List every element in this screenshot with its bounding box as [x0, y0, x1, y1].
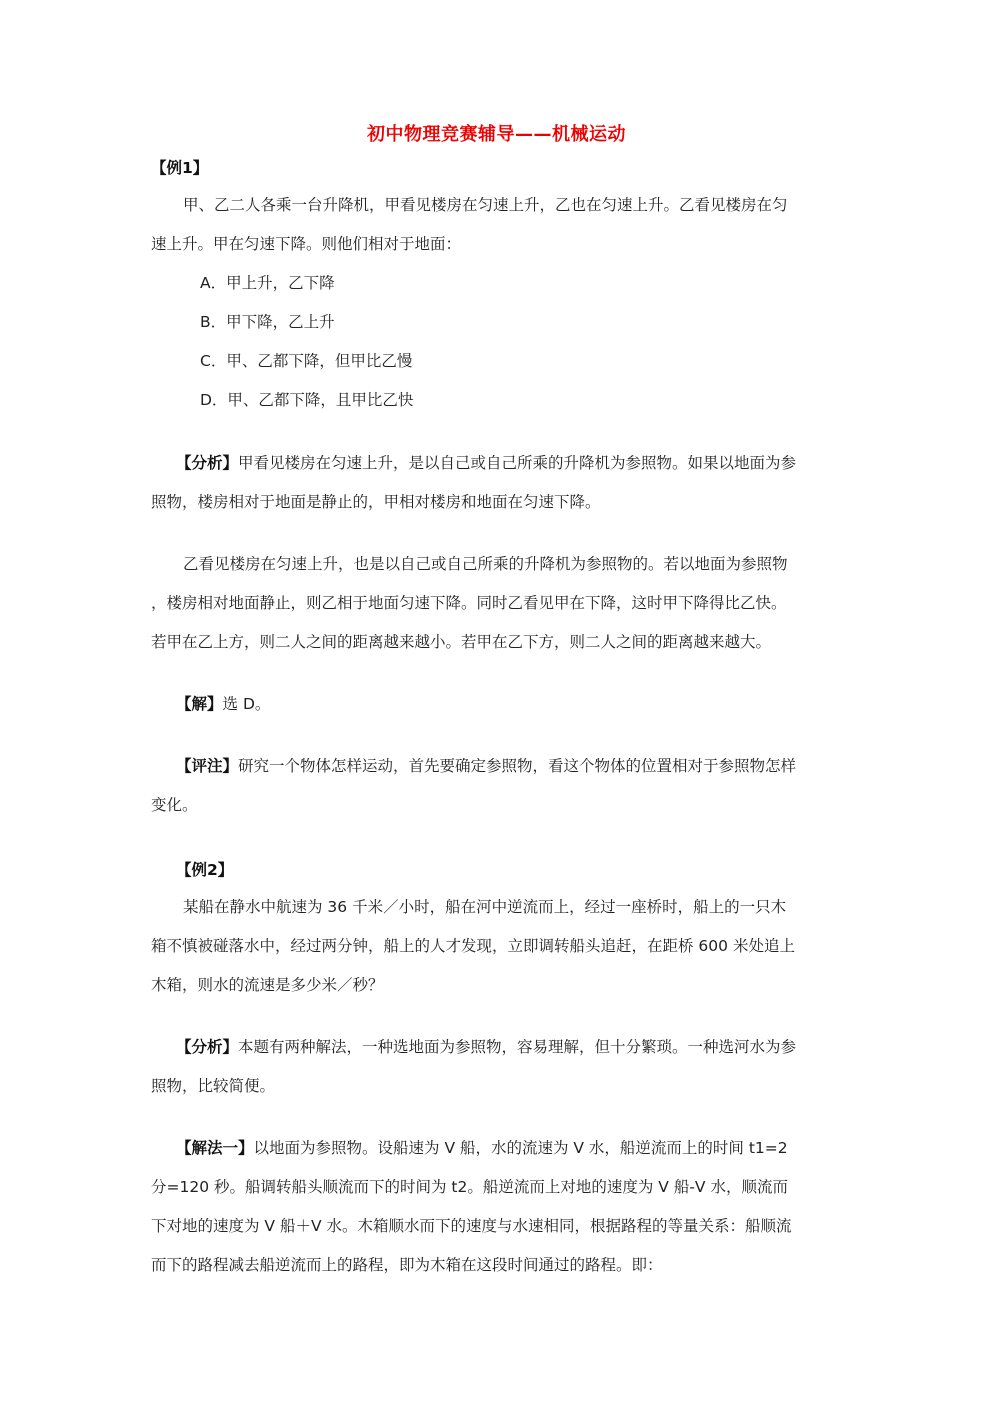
example-1-option-a: A．甲上升，乙下降 — [200, 273, 900, 293]
example-2-question-line-1: 某船在静水中航速为 36 千米／小时，船在河中逆流而上，经过一座桥时，船上的一只… — [183, 897, 883, 917]
example-1-question-line-1: 甲、乙二人各乘一台升降机，甲看见楼房在匀速上升，乙也在匀速上升。乙看见楼房在匀 — [183, 195, 883, 215]
solution-label: 【解】 — [176, 695, 223, 713]
example-1-analysis2-line-3: 若甲在乙上方，则二人之间的距离越来越小。若甲在乙下方，则二人之间的距离越来越大。 — [151, 632, 851, 652]
example-1-analysis2-line-2: ，楼房相对地面静止，则乙相于地面匀速下降。同时乙看见甲在下降，这时甲下降得比乙快… — [151, 593, 851, 613]
example-2-method1-line-2: 分=120 秒。船调转船头顺流而下的时间为 t2。船逆流而上对地的速度为 V 船… — [151, 1177, 851, 1197]
example-1-comment-line-1: 【评注】研究一个物体怎样运动，首先要确定参照物，看这个物体的位置相对于参照物怎样 — [176, 756, 876, 776]
example-2-method1-line-1: 【解法一】以地面为参照物。设船速为 V 船，水的流速为 V 水，船逆流而上的时间… — [176, 1138, 876, 1158]
example-1-analysis-line-2: 照物，楼房相对于地面是静止的，甲相对楼房和地面在匀速下降。 — [151, 492, 851, 512]
document-page: 初中物理竞赛辅导——机械运动 【例1】 甲、乙二人各乘一台升降机，甲看见楼房在匀… — [0, 0, 993, 1404]
method1-label: 【解法一】 — [176, 1139, 254, 1157]
example-1-heading: 【例1】 — [151, 156, 208, 178]
example-2-analysis-line-2: 照物，比较简便。 — [151, 1076, 851, 1096]
comment-text: 研究一个物体怎样运动，首先要确定参照物，看这个物体的位置相对于参照物怎样 — [238, 757, 796, 775]
example-1-analysis2-line-1: 乙看见楼房在匀速上升，也是以自己或自己所乘的升降机为参照物的。若以地面为参照物 — [183, 554, 883, 574]
example-1-option-c: C．甲、乙都下降，但甲比乙慢 — [200, 351, 900, 371]
example-1-solution: 【解】选 D。 — [176, 694, 876, 714]
example-2-method1-line-3: 下对地的速度为 V 船＋V 水。木箱顺水而下的速度与水速相同，根据路程的等量关系… — [151, 1216, 851, 1236]
example-2-question-line-3: 木箱，则水的流速是多少米／秒？ — [151, 975, 851, 995]
example-1-question-line-2: 速上升。甲在匀速下降。则他们相对于地面： — [151, 234, 851, 254]
analysis-text: 本题有两种解法，一种选地面为参照物，容易理解，但十分繁琐。一种选河水为参 — [238, 1038, 796, 1056]
example-1-option-b: B．甲下降，乙上升 — [200, 312, 900, 332]
comment-label: 【评注】 — [176, 757, 238, 775]
example-1-option-d: D．甲、乙都下降，且甲比乙快 — [200, 390, 900, 410]
analysis-label: 【分析】 — [176, 1038, 238, 1056]
example-2-question-line-2: 箱不慎被碰落水中，经过两分钟，船上的人才发现，立即调转船头追赶，在距桥 600 … — [151, 936, 851, 956]
document-title: 初中物理竞赛辅导——机械运动 — [0, 120, 993, 146]
example-1-analysis-line-1: 【分析】甲看见楼房在匀速上升，是以自己或自己所乘的升降机为参照物。如果以地面为参 — [176, 453, 876, 473]
analysis-label: 【分析】 — [176, 454, 238, 472]
example-1-comment-line-2: 变化。 — [151, 795, 851, 815]
example-2-analysis-line-1: 【分析】本题有两种解法，一种选地面为参照物，容易理解，但十分繁琐。一种选河水为参 — [176, 1037, 876, 1057]
solution-text: 选 D。 — [223, 695, 271, 713]
example-2-method1-line-4: 而下的路程减去船逆流而上的路程，即为木箱在这段时间通过的路程。即： — [151, 1255, 851, 1275]
example-2-heading: 【例2】 — [176, 858, 233, 880]
method1-text: 以地面为参照物。设船速为 V 船，水的流速为 V 水，船逆流而上的时间 t1=2 — [254, 1139, 788, 1157]
analysis-text: 甲看见楼房在匀速上升，是以自己或自己所乘的升降机为参照物。如果以地面为参 — [238, 454, 796, 472]
